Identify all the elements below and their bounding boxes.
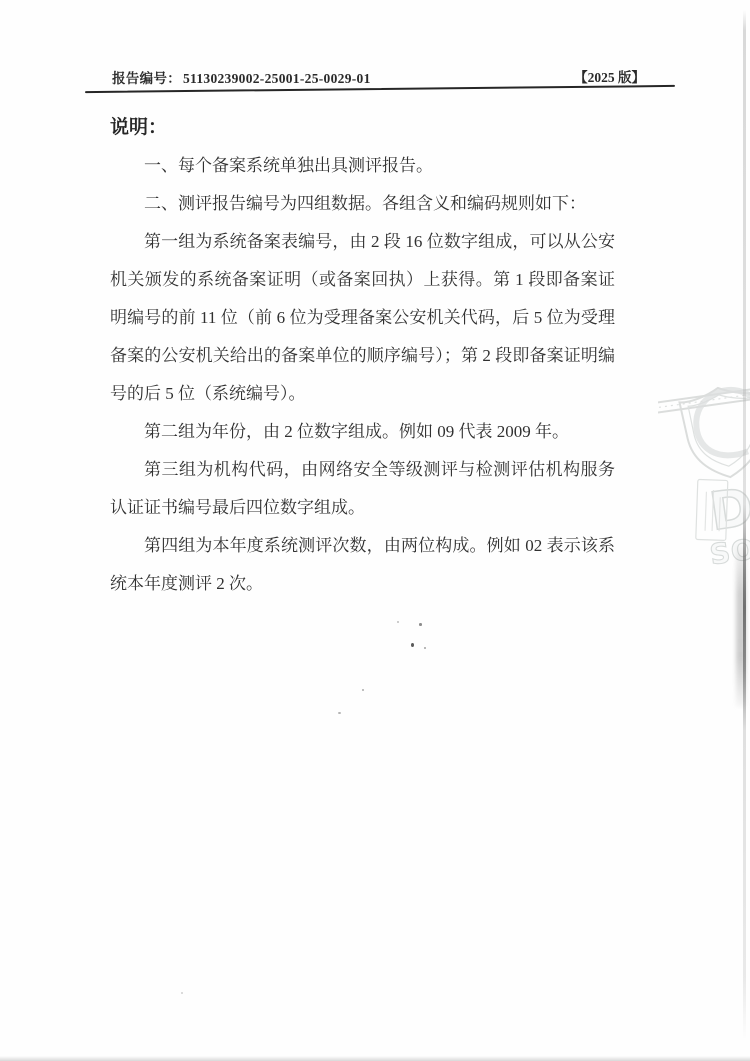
scan-speck [411,643,414,647]
paragraph-group-1: 第一组为系统备案表编号，由 2 段 16 位数字组成，可以从公安机关颁发的系统备… [110,223,615,413]
document-page: 报告编号：51130239002-25001-25-0029-01 【2025 … [0,0,750,1061]
scan-edge-line [743,10,746,1040]
scan-edge-smudge [736,545,746,707]
scan-speck [424,647,426,649]
section-title: 说明： [110,109,615,147]
paragraph-group-3: 第三组为机构代码，由网络安全等级测评与检测评估机构服务认证证书编号最后四位数字组… [110,451,615,527]
report-number-label: 报告编号： [112,71,181,86]
scan-speck [338,712,341,714]
paragraph-item-1: 一、每个备案系统单独出具测评报告。 [110,147,615,185]
scan-speck [181,992,183,994]
report-number: 报告编号：51130239002-25001-25-0029-01 [112,67,371,87]
paragraph-group-2: 第二组为年份，由 2 位数字组成。例如 09 代表 2009 年。 [110,413,615,451]
paragraph-group-4: 第四组为本年度系统测评次数，由两位构成。例如 02 表示该系统本年度测评 2 次… [110,527,615,603]
report-number-value: 51130239002-25001-25-0029-01 [183,71,371,86]
paragraph-item-2: 二、测评报告编号为四组数据。各组含义和编码规则如下： [110,185,615,223]
version-tag: 【2025 版】 [574,66,645,86]
document-body: 说明： 一、每个备案系统单独出具测评报告。 二、测评报告编号为四组数据。各组含义… [110,109,615,603]
scan-bottom-shadow [0,1056,750,1061]
scan-speck [397,621,399,623]
scan-speck [419,623,422,626]
scan-speck [362,689,364,691]
